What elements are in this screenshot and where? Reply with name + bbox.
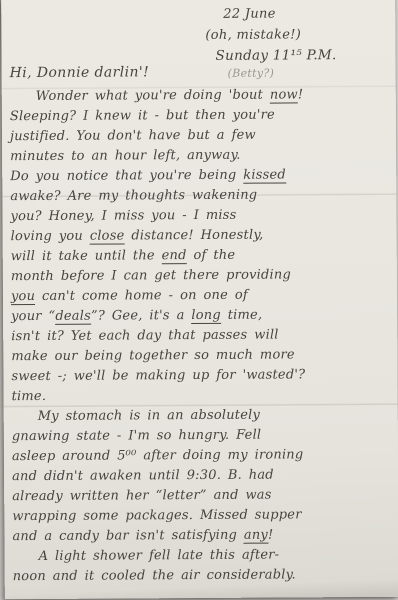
line-text: minutes to an hour left, anyway.: [10, 148, 241, 164]
line-text: and a candy bar isn't satisfying: [12, 528, 244, 544]
line-text: will it take until the: [11, 248, 162, 264]
letter-line: time.: [12, 385, 394, 407]
underlined-word: you: [11, 289, 35, 305]
letter-line: make our being together so much more: [11, 345, 393, 367]
letter-paper: 22 June (oh, mistake!) Sunday 11¹⁵ P.M. …: [1, 0, 398, 599]
letter-line: already written her “letter” and was: [12, 485, 394, 507]
letter-line: asleep around 5⁰⁰ after doing my ironing: [12, 445, 394, 467]
line-text: A light shower fell late this after-: [39, 548, 280, 564]
line-text: justified. You don't have but a few: [10, 128, 256, 145]
letter-line: wrapping some packages. Missed supper: [12, 505, 394, 527]
letter-line: gnawing state - I'm so hungry. Fell: [12, 425, 394, 447]
mistake-note: (oh, mistake!): [201, 24, 391, 46]
line-text: Sleeping? I knew it - but then you're: [10, 108, 275, 125]
line-text: wrapping some packages. Missed supper: [12, 507, 301, 524]
line-text: loving you: [11, 229, 90, 244]
line-text: gnawing state - I'm so hungry. Fell: [12, 428, 262, 445]
date-line: 22 June: [201, 3, 391, 25]
line-text: !: [298, 87, 304, 102]
letter-line: and a candy bar isn't satisfying any!: [12, 525, 394, 547]
underlined-word: any: [244, 528, 268, 544]
letter-header: 22 June (oh, mistake!) Sunday 11¹⁵ P.M. …: [201, 3, 391, 80]
underlined-word: deals: [55, 309, 91, 325]
underlined-word: long: [191, 308, 221, 324]
line-text: Do you notice that you're being: [10, 168, 243, 184]
line-text: make our being together so much more: [11, 347, 294, 364]
letter-line: loving you close distance! Honestly,: [11, 225, 393, 247]
line-text: can't come home - on one of: [35, 288, 248, 304]
line-text: of the: [187, 248, 236, 263]
letter-line: you? Honey, I miss you - I miss: [10, 205, 392, 227]
letter-line: isn't it? Yet each day that passes will: [11, 325, 393, 347]
letter-line: Do you notice that you're being kissed: [10, 165, 392, 187]
line-text: noon and it cooled the air considerably.: [13, 567, 296, 584]
line-text: month before I can get there providing: [11, 267, 291, 284]
letter-body: Wonder what you're doing 'bout now!Sleep…: [10, 85, 395, 587]
line-text: and didn't awaken until 9:30. B. had: [12, 468, 274, 485]
line-text: already written her “letter” and was: [12, 488, 271, 505]
letter-line: you can't come home - on one of: [11, 285, 393, 307]
line-text: awake? Are my thoughts wakening: [10, 188, 257, 205]
line-text: you? Honey, I miss you - I miss: [10, 208, 236, 224]
underlined-word: kissed: [243, 167, 286, 183]
underlined-word: close: [90, 228, 125, 244]
line-text: time.: [12, 389, 47, 404]
line-text: Wonder what you're doing 'bout: [36, 88, 270, 104]
letter-line: awake? Are my thoughts wakening: [10, 185, 392, 207]
greeting-line: Hi, Donnie darlin'!: [10, 64, 150, 81]
underlined-word: end: [162, 248, 187, 264]
letter-line: month before I can get there providing: [11, 265, 393, 287]
letter-line: A light shower fell late this after-: [13, 545, 395, 567]
letter-line: noon and it cooled the air considerably.: [13, 565, 395, 587]
pencil-annotation: (Betty?): [202, 66, 392, 80]
letter-line: minutes to an hour left, anyway.: [10, 145, 392, 167]
letter-line: and didn't awaken until 9:30. B. had: [12, 465, 394, 487]
letter-line: Wonder what you're doing 'bout now!: [10, 85, 392, 107]
line-text: asleep around 5⁰⁰ after doing my ironing: [12, 447, 304, 464]
letter-line: justified. You don't have but a few: [10, 125, 392, 147]
line-text: isn't it? Yet each day that passes will: [11, 328, 279, 345]
line-text: ”? Gee, it's a: [91, 308, 192, 324]
day-time-line: Sunday 11¹⁵ P.M.: [201, 45, 391, 67]
line-text: your “: [11, 309, 55, 324]
line-text: distance! Honestly,: [124, 228, 263, 244]
line-text: time,: [221, 308, 262, 323]
line-text: sweet -; we'll be making up for 'wasted'…: [11, 367, 305, 384]
letter-line: sweet -; we'll be making up for 'wasted'…: [11, 365, 393, 387]
letter-line: My stomach is in an absolutely: [12, 405, 394, 427]
line-text: !: [268, 528, 274, 543]
letter-line: Sleeping? I knew it - but then you're: [10, 105, 392, 127]
letter-line: will it take until the end of the: [11, 245, 393, 267]
line-text: My stomach is in an absolutely: [38, 408, 260, 424]
letter-line: your “deals”? Gee, it's a long time,: [11, 305, 393, 327]
underlined-word: now: [270, 87, 298, 103]
scanned-letter: 22 June (oh, mistake!) Sunday 11¹⁵ P.M. …: [0, 0, 398, 600]
